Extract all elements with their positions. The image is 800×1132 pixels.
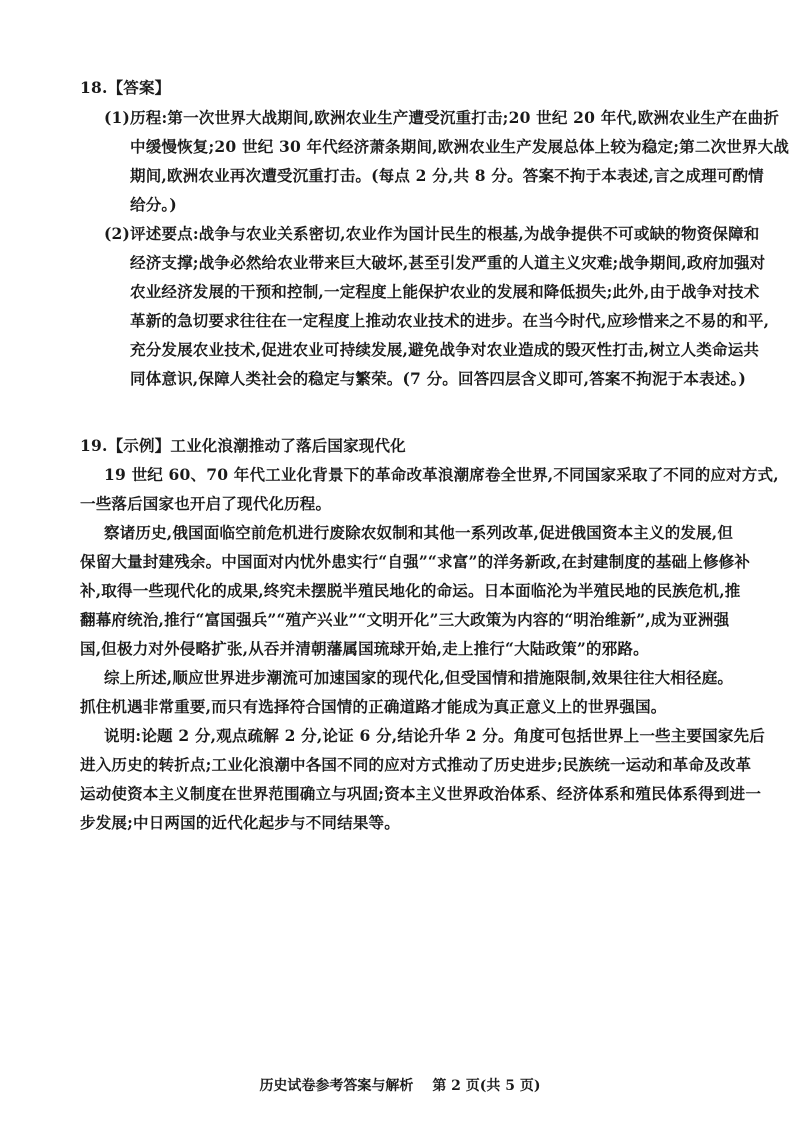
q18-part2-line: 充分发展农业技术,促进农业可持续发展,避免战争对农业造成的毁灭性打击,树立人类命…: [130, 340, 759, 360]
q19-note-line: 步发展;中日两国的近代化起步与不同结果等。: [80, 813, 400, 833]
q18-part1-line: (1)历程:第一次世界大战期间,欧洲农业生产遭受沉重打击;20 世纪 20 年代…: [104, 108, 716, 128]
answer-sheet-page: 18.【答案】 (1)历程:第一次世界大战期间,欧洲农业生产遭受沉重打击;20 …: [0, 0, 800, 1132]
q19-note-line: 进入历史的转折点;工业化浪潮中各国不同的应对方式推动了历史进步;民族统一运动和革…: [80, 755, 751, 775]
q18-part2-line: 农业经济发展的干预和控制,一定程度上能保护农业的发展和降低损失;此外,由于战争对…: [130, 282, 759, 302]
q18-part1-line: 期间,欧洲农业再次遭受沉重打击。(每点 2 分,共 8 分。答案不拘于本表述,言…: [130, 166, 764, 186]
q19-paragraph-line: 综上所述,顺应世界进步潮流可加速国家的现代化,但受国情和措施限制,效果往往大相径…: [104, 668, 733, 688]
q19-paragraph-line: 抓住机遇非常重要,而只有选择符合国情的正确道路才能成为真正意义上的世界强国。: [80, 697, 667, 717]
q19-paragraph-line: 国,但极力对外侵略扩张,从吞并清朝藩属国琉球开始,走上推行“大陆政策”的邪路。: [80, 639, 649, 659]
page-footer: 历史试卷参考答案与解析 第 2 页(共 5 页): [0, 1075, 800, 1095]
q18-heading: 18.【答案】: [80, 78, 170, 98]
q18-part2-line: 同体意识,保障人类社会的稳定与繁荣。(7 分。回答四层含义即可,答案不拘泥于本表…: [130, 369, 746, 389]
q19-note-line: 说明:论题 2 分,观点疏解 2 分,论证 6 分,结论升华 2 分。角度可包括…: [104, 726, 765, 746]
q19-paragraph-line: 19 世纪 60、70 年代工业化背景下的革命改革浪潮席卷全世界,不同国家采取了…: [104, 465, 779, 485]
q18-part1-line: 给分。): [130, 195, 177, 215]
q18-part1-line: 中缓慢恢复;20 世纪 30 年代经济萧条期间,欧洲农业生产发展总体上较为稳定;…: [130, 137, 789, 157]
q19-paragraph-line: 补,取得一些现代化的成果,终究未摆脱半殖民地化的命运。日本面临沦为半殖民地的民族…: [80, 581, 741, 601]
footer-page-number: 第 2 页(共 5 页): [432, 1078, 540, 1094]
q18-part2-line: 经济支撑;战争必然给农业带来巨大破坏,甚至引发严重的人道主义灾难;战争期间,政府…: [130, 253, 765, 273]
q18-part2-line: (2)评述要点:战争与农业关系密切,农业作为国计民生的根基,为战争提供不可或缺的…: [104, 224, 759, 244]
q19-paragraph-line: 一些落后国家也开启了现代化历程。: [80, 494, 331, 514]
q19-heading: 19.【示例】工业化浪潮推动了落后国家现代化: [80, 436, 406, 456]
q19-paragraph-line: 翻幕府统治,推行“富国强兵”“殖产兴业”“文明开化”三大政策为内容的“明治维新”…: [80, 610, 729, 630]
q19-paragraph-line: 察诸历史,俄国面临空前危机进行废除农奴制和其他一系列改革,促进俄国资本主义的发展…: [104, 523, 733, 543]
footer-title: 历史试卷参考答案与解析: [259, 1078, 413, 1094]
q19-paragraph-line: 保留大量封建残余。中国面对内忧外患实行“自强”“求富”的洋务新政,在封建制度的基…: [80, 552, 750, 572]
q18-part2-line: 革新的急切要求往往在一定程度上推动农业技术的进步。在当今时代,应珍惜来之不易的和…: [130, 311, 769, 331]
q19-note-line: 运动使资本主义制度在世界范围确立与巩固;资本主义世界政治体系、经济体系和殖民体系…: [80, 784, 761, 804]
